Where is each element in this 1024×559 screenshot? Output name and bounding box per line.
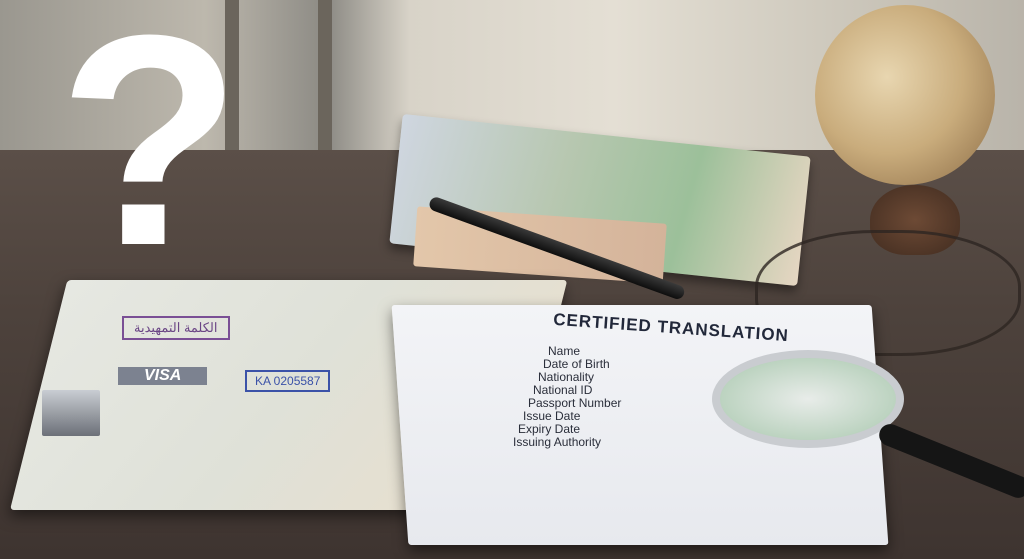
field-label: Issuing Authority	[513, 435, 601, 449]
passport-photo	[42, 390, 100, 436]
field-label: Date of Birth	[543, 357, 610, 371]
question-mark-icon: ?	[58, 0, 241, 290]
entry-stamp: KA 0205587	[245, 370, 330, 392]
field-label: Nationality	[538, 370, 594, 384]
stamp-number: KA 0205587	[255, 374, 320, 388]
window-frame	[318, 0, 332, 160]
field-label: National ID	[533, 383, 592, 397]
field-label: Name	[548, 344, 580, 358]
visa-label: VISA	[118, 367, 207, 385]
arabic-stamp: الكلمة التمهيدية	[122, 316, 230, 340]
field-label: Issue Date	[523, 409, 580, 423]
globe	[815, 5, 995, 185]
field-label: Passport Number	[528, 396, 621, 410]
field-label: Expiry Date	[518, 422, 580, 436]
magnifying-glass	[712, 350, 904, 448]
